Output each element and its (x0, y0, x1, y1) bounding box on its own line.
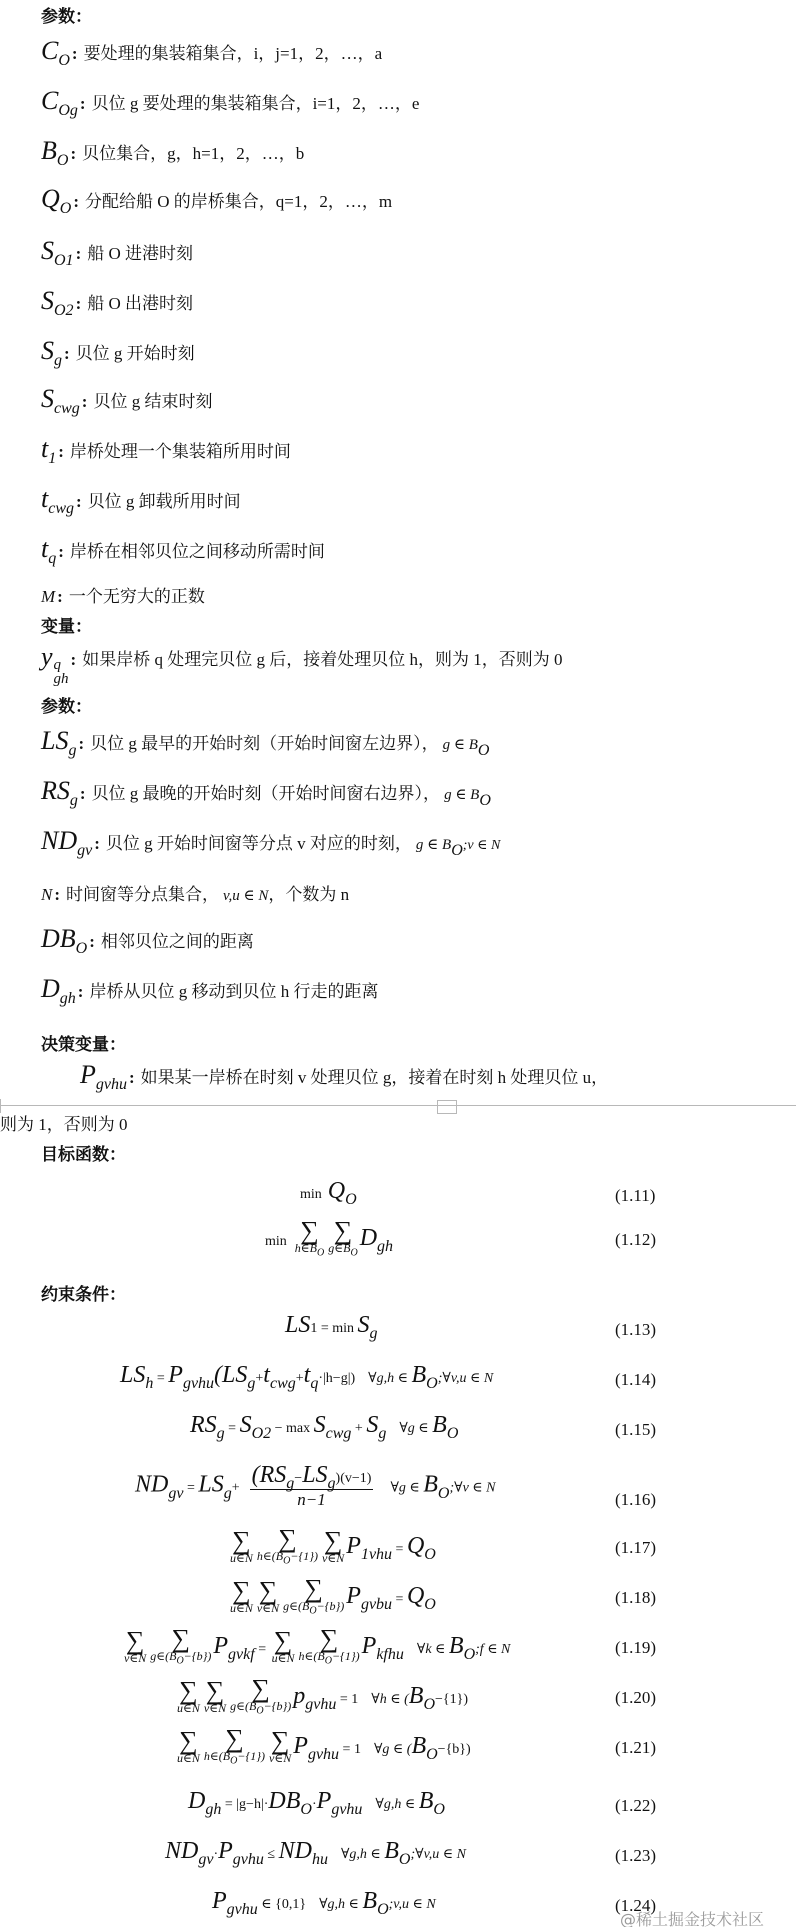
equation-number: (1.16) (615, 1490, 656, 1510)
param-item: CO:要处理的集装箱集合，i，j=1，2，…，a (41, 36, 382, 66)
description: 贝位集合，g，h=1，2，…，b (82, 139, 304, 164)
description: 相邻贝位之间的距离 (101, 927, 254, 952)
subscript: O (60, 200, 72, 218)
symbol: C (41, 86, 58, 116)
colon: : (80, 94, 86, 114)
description: 贝位 g 最早的开始时刻（开始时间窗左边界）， (90, 729, 439, 754)
subscript: g (54, 352, 62, 370)
equation-number: (1.19) (615, 1638, 656, 1658)
domain-subscript: O (451, 842, 463, 860)
description: 如果岸桥 q 处理完贝位 g 后，接着处理贝位 h，则为 1，否则为 0 (82, 645, 562, 670)
symbol: S (41, 236, 54, 266)
domain-expr-2: ;v ∈ N (463, 837, 501, 854)
colon: : (78, 982, 84, 1002)
domain-expr: g ∈ B (416, 835, 451, 854)
equation-1-22: Dgh = |g−h|·DBO·Pgvhu ∀g,h ∈ BO (188, 1788, 445, 1815)
subscript: g (70, 792, 78, 810)
symbol: ND (41, 826, 77, 856)
equation-1-15: RSg = SO2 − max Scwg + Sg ∀g ∈ BO (190, 1412, 458, 1439)
equation-1-24: Pgvhu ∈ {0,1} ∀g,h ∈ BO;v,u ∈ N (212, 1888, 436, 1915)
colon: : (76, 492, 82, 512)
symbol: Q (41, 184, 60, 214)
colon: : (78, 734, 84, 754)
description: 贝位 g 要处理的集装箱集合，i=1，2，…，e (92, 89, 420, 114)
description: 贝位 g 开始时间窗等分点 v 对应的时刻， (106, 829, 412, 854)
description: 船 O 出港时刻 (87, 289, 193, 314)
equation-1-11: min QO (300, 1178, 357, 1205)
symbol: B (41, 136, 57, 166)
param-item: QO:分配给船 O 的岸桥集合，q=1，2，…，m (41, 184, 392, 214)
description: 分配给船 O 的岸桥集合，q=1，2，…，m (85, 187, 392, 212)
param-item: RSg:贝位 g 最晚的开始时刻（开始时间窗右边界），g ∈ BO (41, 776, 491, 806)
subscript: cwg (48, 500, 74, 518)
description: 如果某一岸桥在时刻 v 处理贝位 g，接着在时刻 h 处理贝位 u， (141, 1063, 609, 1088)
equation-1-16: NDgv = LSg+ (RSg−LSg)(v−1)n−1 ∀g ∈ BO;∀v… (135, 1462, 496, 1510)
domain-subscript: O (479, 792, 491, 810)
param-item: NDgv:贝位 g 开始时间窗等分点 v 对应的时刻，g ∈ BO;v ∈ N (41, 826, 500, 856)
colon: : (76, 244, 82, 264)
colon: : (64, 344, 70, 364)
equation-1-21: ∑u∈N∑h∈(BO−{1})∑v∈NPgvhu = 1 ∀g ∈ (BO−{b… (175, 1728, 471, 1767)
equation-number: (1.18) (615, 1588, 656, 1608)
param-item: Sg:贝位 g 开始时刻 (41, 336, 195, 366)
equation-1-19: ∑v∈N∑g∈(BO−{b})Pgvkf = ∑u∈N∑h∈(BO−{1})Pk… (122, 1628, 510, 1667)
symbol: t (41, 484, 48, 514)
param-item: SO1:船 O 进港时刻 (41, 236, 193, 266)
equation-number: (1.20) (615, 1688, 656, 1708)
colon: : (70, 144, 76, 164)
colon: : (80, 784, 86, 804)
section-heading-objective: 目标函数： (41, 1140, 126, 1165)
subscript: gv (77, 842, 92, 860)
domain-expr: g ∈ B (443, 735, 478, 754)
subscript: q (48, 550, 56, 568)
equation-number: (1.17) (615, 1538, 656, 1558)
page-break-line (0, 1105, 796, 1106)
variable-y: y q gh : 如果岸桥 q 处理完贝位 g 后，接着处理贝位 h，则为 1，… (41, 642, 562, 682)
equation-number: (1.21) (615, 1738, 656, 1758)
equation-number: (1.12) (615, 1230, 656, 1250)
equation-1-23: NDgv·Pgvhu ≤ NDhu ∀g,h ∈ BO;∀v,u ∈ N (165, 1838, 466, 1865)
symbol: t (41, 434, 48, 464)
section-heading-decision: 决策变量： (41, 1030, 126, 1055)
subscript: gh (54, 672, 69, 686)
description-2: ，个数为 n (268, 880, 349, 905)
symbol: S (41, 336, 54, 366)
equation-number: (1.13) (615, 1320, 656, 1340)
symbol: D (41, 974, 60, 1004)
decision-variable-P: P gvhu : 如果某一岸桥在时刻 v 处理贝位 g，接着在时刻 h 处理贝位… (80, 1060, 608, 1090)
watermark: @稀土掘金技术社区 (620, 1907, 764, 1927)
subscript: cwg (54, 400, 80, 418)
description: 要处理的集装箱集合，i，j=1，2，…，a (84, 39, 383, 64)
symbol: RS (41, 776, 70, 806)
colon: : (94, 834, 100, 854)
colon: : (72, 44, 78, 64)
param-item: LSg:贝位 g 最早的开始时刻（开始时间窗左边界），g ∈ BO (41, 726, 489, 756)
equation-number: (1.23) (615, 1846, 656, 1866)
symbol: y (41, 642, 53, 672)
equation-1-13: LS1 = min Sg (285, 1312, 378, 1339)
equation-1-14: LSh = Pgvhu(LSg+tcwg+tq·|h−g|) ∀g,h ∈ BO… (120, 1362, 493, 1389)
colon: : (58, 542, 64, 562)
subscript: gh (60, 990, 76, 1008)
symbol: t (41, 534, 48, 564)
param-item: DBO:相邻贝位之间的距离 (41, 924, 254, 954)
equation-number: (1.15) (615, 1420, 656, 1440)
param-item: COg:贝位 g 要处理的集装箱集合，i=1，2，…，e (41, 86, 419, 116)
symbol: P (80, 1060, 96, 1090)
domain-expr: g ∈ B (444, 785, 479, 804)
param-item: Dgh:岸桥从贝位 g 移动到贝位 h 行走的距离 (41, 974, 378, 1004)
subscript: O2 (54, 302, 74, 320)
subscript: gvhu (96, 1076, 127, 1094)
colon: : (76, 294, 82, 314)
equation-number: (1.11) (615, 1186, 655, 1206)
symbol: LS (41, 726, 68, 756)
description: 岸桥处理一个集装箱所用时间 (70, 437, 291, 462)
param-item: BO:贝位集合，g，h=1，2，…，b (41, 136, 304, 166)
equation-number: (1.14) (615, 1370, 656, 1390)
description: 时间窗等分点集合， (66, 880, 219, 905)
param-item: tq:岸桥在相邻贝位之间移动所需时间 (41, 534, 325, 564)
colon: : (89, 932, 95, 952)
colon: : (58, 442, 64, 462)
description: 贝位 g 最晚的开始时刻（开始时间窗右边界）， (92, 779, 441, 804)
description: 贝位 g 结束时刻 (93, 387, 212, 412)
sup-sub: q gh (54, 658, 69, 686)
description: 贝位 g 开始时刻 (76, 339, 195, 364)
description: 岸桥在相邻贝位之间移动所需时间 (70, 537, 325, 562)
subscript: O1 (54, 252, 74, 270)
symbol: S (41, 384, 54, 414)
symbol: S (41, 286, 54, 316)
colon: : (82, 392, 88, 412)
section-heading-variables: 变量： (41, 612, 92, 637)
subscript: O (76, 940, 88, 958)
symbol: N (41, 885, 52, 905)
param-item: t1:岸桥处理一个集装箱所用时间 (41, 434, 291, 464)
description: 岸桥从贝位 g 移动到贝位 h 行走的距离 (89, 977, 378, 1002)
param-item: M:一个无穷大的正数 (41, 582, 205, 607)
symbol: C (41, 36, 58, 66)
page-break-marker-right (437, 1100, 457, 1114)
decision-continuation: 则为 1，否则为 0 (0, 1110, 128, 1135)
param-item: SO2:船 O 出港时刻 (41, 286, 193, 316)
section-heading-params: 参数： (41, 2, 92, 27)
colon: : (54, 885, 60, 905)
symbol: M (41, 587, 55, 607)
superscript: q (54, 658, 69, 672)
section-heading-constraints: 约束条件： (41, 1280, 126, 1305)
domain-subscript: O (478, 742, 490, 760)
equation-1-18: ∑u∈N∑v∈N∑g∈(BO−{b})Pgvbu = QO (228, 1578, 436, 1617)
description: 一个无穷大的正数 (69, 582, 205, 607)
param-item: tcwg:贝位 g 卸载所用时间 (41, 484, 241, 514)
symbol: DB (41, 924, 76, 954)
colon: : (73, 192, 79, 212)
equation-1-20: ∑u∈N∑v∈N∑g∈(BO−{b})pgvhu = 1 ∀h ∈ (BO−{1… (175, 1678, 468, 1717)
colon: : (129, 1068, 135, 1088)
subscript: O (57, 152, 69, 170)
subscript: 1 (48, 450, 56, 468)
param-item: Scwg:贝位 g 结束时刻 (41, 384, 212, 414)
colon: : (71, 650, 77, 670)
param-item: N:时间窗等分点集合，v,u ∈ N，个数为 n (41, 880, 349, 905)
domain-expr: v,u ∈ N (223, 886, 268, 905)
equation-number: (1.22) (615, 1796, 656, 1816)
colon: : (57, 587, 63, 607)
equation-1-17: ∑u∈N∑h∈(BO−{1})∑v∈NP1vhu = QO (228, 1528, 436, 1567)
description: 船 O 进港时刻 (87, 239, 193, 264)
equation-1-12: min ∑h∈BO∑g∈BODgh (265, 1220, 393, 1259)
subscript: g (68, 742, 76, 760)
subscript: O (58, 52, 70, 70)
description: 贝位 g 卸载所用时间 (88, 487, 241, 512)
section-heading-params-2: 参数： (41, 692, 92, 717)
subscript: Og (58, 102, 78, 120)
